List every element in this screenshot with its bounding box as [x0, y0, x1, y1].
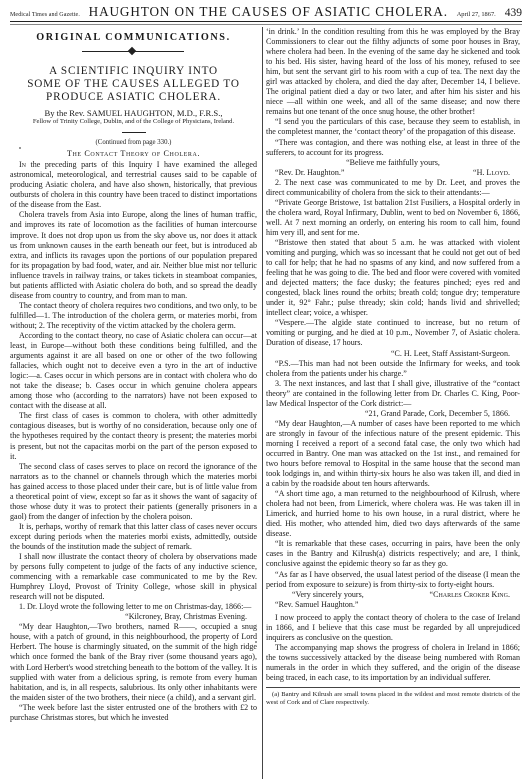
author-byline: By the Rev. SAMUEL HAUGHTON, M.D., F.R.S… — [10, 108, 257, 118]
paragraph: I now proceed to apply the contact theor… — [266, 613, 520, 643]
signature: “H. Lloyd. — [473, 168, 510, 178]
paragraph: “As far as I have observed, the usual la… — [266, 570, 520, 590]
paragraph: 1. Dr. Lloyd wrote the following letter … — [10, 602, 257, 612]
header-right: April 27, 1867. 439 — [457, 7, 522, 19]
letter-heading: “21, Grand Parade, Cork, December 5, 186… — [266, 409, 520, 419]
paragraph: “I send you the particulars of this case… — [266, 117, 520, 137]
paragraph: ‘in drink.’ In the condition resulting f… — [266, 27, 520, 117]
signature-row: “Rev. Dr. Haughton.” “H. Lloyd. — [266, 168, 520, 178]
print-speck — [19, 147, 21, 149]
paragraph: “My dear Haughton,—Two brothers, named R… — [10, 622, 257, 702]
right-column: ‘in drink.’ In the condition resulting f… — [266, 27, 520, 707]
print-speck — [255, 641, 257, 643]
ornament-divider — [10, 47, 257, 57]
paragraph: 3. The next instances, and last that I s… — [266, 379, 520, 409]
signature: “C. H. Leet, Staff Assistant-Surgeon. — [266, 349, 520, 359]
paragraph: It is, perhaps, worthy of remark that th… — [10, 522, 257, 552]
diamond-ornament-icon — [128, 47, 136, 55]
paragraph: The first class of cases is common to ch… — [10, 411, 257, 461]
running-header: Medical Times and Gazette. HAUGHTON ON T… — [10, 4, 522, 18]
paragraph-text: the preceding parts of this Inquiry I ha… — [10, 160, 257, 209]
issue-date: April 27, 1867. — [457, 11, 496, 18]
paragraph: Cholera travels from Asia into Europe, a… — [10, 210, 257, 300]
page-number: 439 — [505, 7, 522, 19]
signature: “Charles Croker King. — [430, 590, 511, 600]
signature-row: “Very sincerely yours, “Charles Croker K… — [266, 590, 520, 600]
paragraph: 2. The next case was communicated to me … — [266, 178, 520, 198]
article-title-line-2: SOME OF THE CAUSES ALLEGED TO — [10, 78, 257, 91]
paragraph: The contact theory of cholera requires t… — [10, 301, 257, 331]
footnote-rule — [266, 687, 520, 688]
paragraph: “A short time ago, a man returned to the… — [266, 489, 520, 539]
running-title: HAUGHTON ON THE CAUSES OF ASIATIC CHOLER… — [89, 4, 448, 20]
section-heading: ORIGINAL COMMUNICATIONS. — [10, 33, 257, 43]
header-rule — [10, 21, 522, 22]
subheading: The Contact Theory of Cholera. — [10, 149, 257, 159]
left-column: ORIGINAL COMMUNICATIONS. A SCIENTIFIC IN… — [10, 27, 257, 723]
paragraph: According to the contact theory, no case… — [10, 331, 257, 411]
journal-name: Medical Times and Gazette. — [10, 12, 80, 18]
letter-closing: “Very sincerely yours, — [266, 590, 364, 600]
letter-closing: “Believe me faithfully yours, — [266, 158, 520, 168]
article-title-line-3: PRODUCE ASIATIC CHOLERA. — [10, 91, 257, 104]
header-rule-thin — [10, 24, 522, 25]
column-divider — [262, 27, 263, 779]
paragraph: I shall now illustrate the contact theor… — [10, 552, 257, 602]
paragraph: “It is remarkable that these cases, occu… — [266, 539, 520, 569]
addressee: “Rev. Samuel Haughton.” — [266, 600, 520, 610]
continued-note: (Continued from page 330.) — [10, 138, 257, 148]
paragraph: The accompanying map shows the progress … — [266, 643, 520, 683]
paragraph: “Bristowe then stated that about 5 a.m. … — [266, 238, 520, 318]
article-title-line-1: A SCIENTIFIC INQUIRY INTO — [10, 65, 257, 78]
paragraph: “The week before last the sister entrust… — [10, 703, 257, 723]
author-affiliation: Fellow of Trinity College, Dublin, and o… — [10, 118, 257, 126]
paragraph: “P.S.—This man had not been outside the … — [266, 359, 520, 379]
drop-word: In — [19, 160, 26, 169]
paragraph: “Private George Bristowe, 1st battalion … — [266, 198, 520, 238]
addressee: “Rev. Dr. Haughton.” — [266, 168, 344, 178]
paragraph: In the preceding parts of this Inquiry I… — [10, 160, 257, 210]
paragraph: “My dear Haughton,—A number of cases hav… — [266, 419, 520, 489]
short-rule — [122, 132, 146, 133]
letter-heading: “Kilcroney, Bray, Christmas Evening. — [10, 612, 257, 622]
paragraph: The second class of cases serves to plac… — [10, 462, 257, 522]
paragraph: “Vespere.—The algide state continued to … — [266, 318, 520, 348]
paragraph: “There was contagion, and there was noth… — [266, 138, 520, 158]
footnote: (a) Bantry and Kilrush are small towns p… — [266, 691, 520, 707]
